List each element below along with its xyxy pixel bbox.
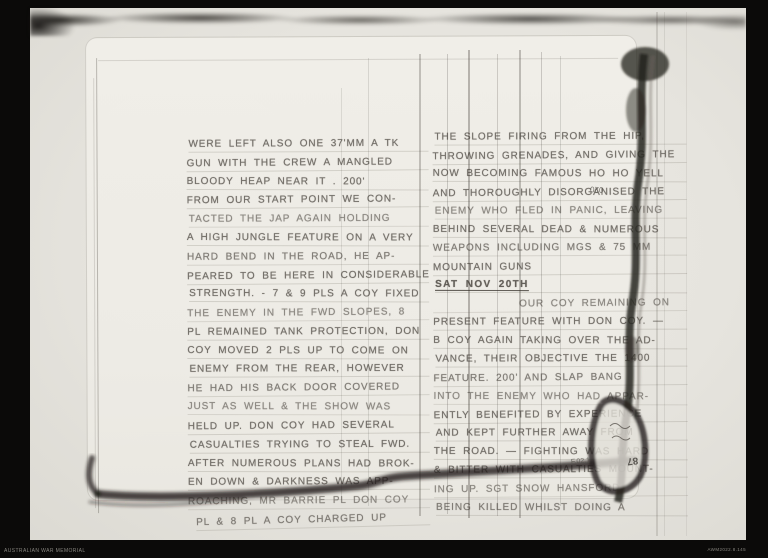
handwritten-line: A HIGH JUNGLE FEATURE ON A VERY xyxy=(187,227,429,246)
margin-mark-corner: 87 xyxy=(626,454,638,466)
handwritten-line: PL REMAINED TANK PROTECTION, DON xyxy=(187,321,429,341)
page-bottom-edge-smudge xyxy=(78,436,658,516)
margin-mark-upper: 020 xyxy=(590,185,604,195)
archive-caption: AUSTRALIAN WAR MEMORIAL xyxy=(4,548,86,554)
reference-number: AWM2022.8.145 xyxy=(707,547,746,552)
handwritten-line: FROM OUR START POINT WE CON- xyxy=(187,189,429,210)
paper-crease-line xyxy=(686,12,687,536)
handwritten-line: COY MOVED 2 PLS UP TO COME ON xyxy=(187,340,429,359)
scanned-photo: WERE LEFT ALSO ONE 37'MM A TKGUN WITH TH… xyxy=(0,0,768,558)
handwritten-line: THE ENEMY IN THE FWD SLOPES, 8 xyxy=(187,301,429,322)
handwritten-line: STRENGTH. - 7 & 9 PLS A COY FIXED xyxy=(189,283,429,302)
handwritten-line: WERE LEFT ALSO ONE 37'MM A TK xyxy=(188,133,428,153)
handwritten-line: GUN WITH THE CREW A MANGLED xyxy=(186,151,428,172)
handwritten-line: HARD BEND IN THE ROAD, HE AP- xyxy=(187,245,429,265)
handwritten-line: ENEMY FROM THE REAR, HOWEVER xyxy=(189,358,429,378)
handwritten-line: TACTED THE JAP AGAIN HOLDING xyxy=(189,208,429,228)
photocopy-top-edge-smudge xyxy=(30,8,746,36)
curled-page-edge xyxy=(582,44,674,516)
handwritten-line: JUST AS WELL & THE SHOW WAS xyxy=(188,396,430,415)
handwritten-line: HELD UP. DON COY HAD SEVERAL xyxy=(188,414,430,435)
handwritten-line: HE HAD HIS BACK DOOR COVERED xyxy=(187,377,429,398)
handwritten-line: PEARED TO BE HERE IN CONSIDERABLE xyxy=(187,264,429,285)
handwritten-line: BLOODY HEAP NEAR IT . 200' xyxy=(187,171,429,190)
diary-page: WERE LEFT ALSO ONE 37'MM A TKGUN WITH TH… xyxy=(85,35,639,501)
